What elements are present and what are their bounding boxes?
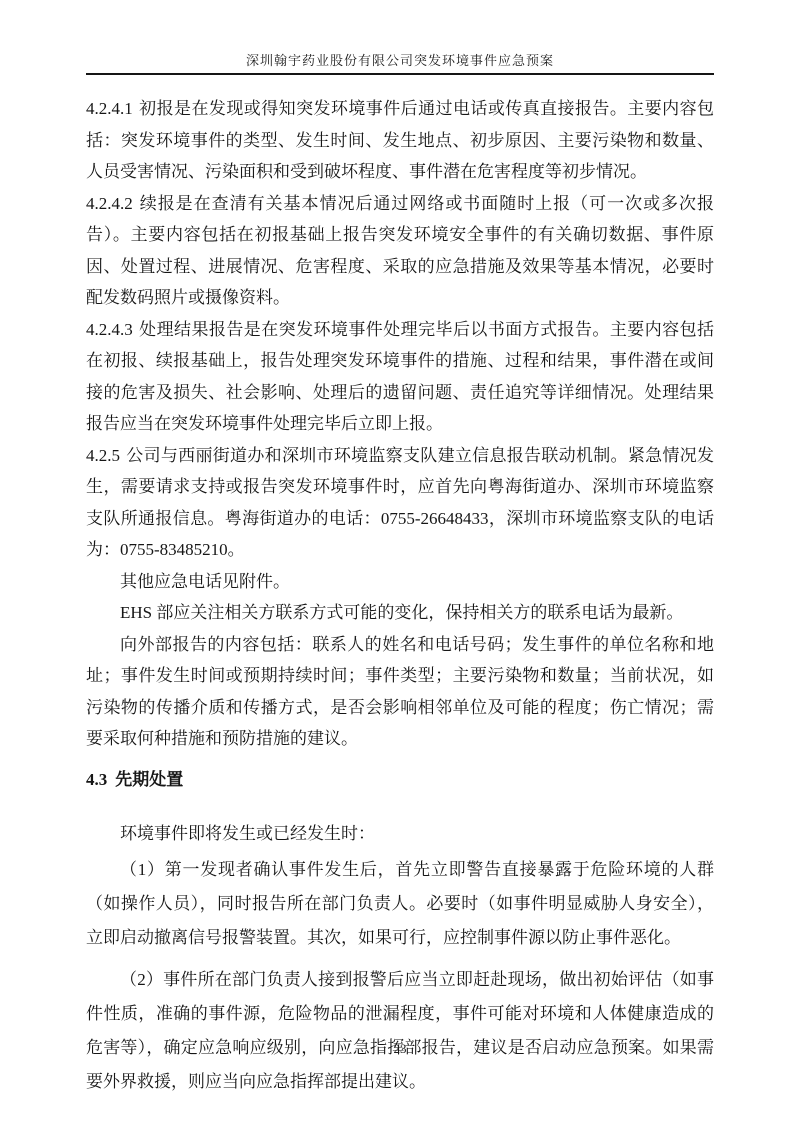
paragraph-text: 初报是在发现或得知突发环境事件后通过电话或传真直接报告。主要内容包括：突发环境事… xyxy=(86,99,714,181)
paragraph-text: 续报是在查清有关基本情况后通过网络或书面随时上报（可一次或多次报告）。主要内容包… xyxy=(86,194,714,308)
paragraph-43-item2: （2）事件所在部门负责人接到报警后应当立即赶赴现场，做出初始评估（如事件性质，准… xyxy=(86,963,714,1099)
section-number: 4.2.4.1 xyxy=(86,99,133,118)
paragraph-text: 处理结果报告是在突发环境事件处理完毕后以书面方式报告。主要内容包括在初报、续报基… xyxy=(86,320,714,434)
section-number: 4.2.4.2 xyxy=(86,194,133,213)
paragraph-43-lead: 环境事件即将发生或已经发生时： xyxy=(86,817,714,851)
section-heading-43: 4.3先期处置 xyxy=(86,763,714,797)
paragraph-425: 4.2.5公司与西丽街道办和深圳市环境监察支队建立信息报告联动机制。紧急情况发生… xyxy=(86,440,714,566)
header-title: 深圳翰宇药业股份有限公司突发环境事件应急预案 xyxy=(86,52,714,70)
document-page: 深圳翰宇药业股份有限公司突发环境事件应急预案 4.2.4.1初报是在发现或得知突… xyxy=(0,0,800,1131)
page-number: 23 xyxy=(394,1041,407,1056)
paragraph-other-phones: 其他应急电话见附件。 xyxy=(86,566,714,598)
page-header: 深圳翰宇药业股份有限公司突发环境事件应急预案 xyxy=(86,0,714,75)
paragraph-text: 公司与西丽街道办和深圳市环境监察支队建立信息报告联动机制。紧急情况发生，需要请求… xyxy=(86,446,714,560)
paragraph-ehs: EHS 部应关注相关方联系方式可能的变化，保持相关方的联系电话为最新。 xyxy=(86,597,714,629)
paragraph-external-report: 向外部报告的内容包括：联系人的姓名和电话号码；发生事件的单位名称和地址；事件发生… xyxy=(86,629,714,755)
document-body: 4.2.4.1初报是在发现或得知突发环境事件后通过电话或传真直接报告。主要内容包… xyxy=(86,75,714,1099)
paragraph-4242: 4.2.4.2续报是在查清有关基本情况后通过网络或书面随时上报（可一次或多次报告… xyxy=(86,188,714,314)
paragraph-4243: 4.2.4.3处理结果报告是在突发环境事件处理完毕后以书面方式报告。主要内容包括… xyxy=(86,314,714,440)
paragraph-4241: 4.2.4.1初报是在发现或得知突发环境事件后通过电话或传真直接报告。主要内容包… xyxy=(86,93,714,188)
paragraph-43-item1: （1）第一发现者确认事件发生后，首先立即警告直接暴露于危险环境的人群（如操作人员… xyxy=(86,853,714,955)
section-number: 4.2.5 xyxy=(86,446,120,465)
section-title: 先期处置 xyxy=(115,770,183,789)
section-number: 4.2.4.3 xyxy=(86,320,133,339)
section-number: 4.3 xyxy=(86,770,107,789)
page-footer: 23 xyxy=(0,1041,800,1057)
